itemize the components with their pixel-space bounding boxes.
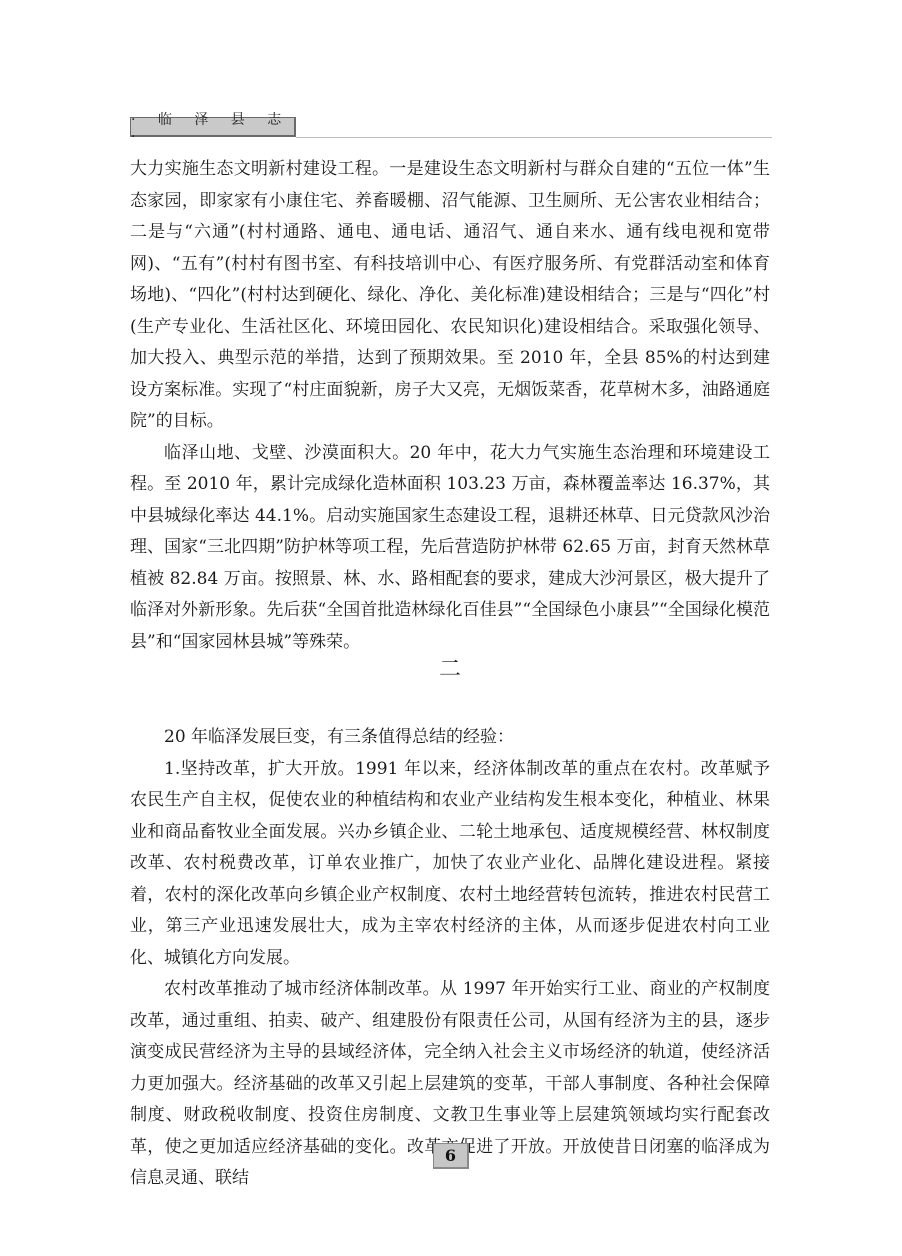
paragraph-greening: 临泽山地、戈壁、沙漠面积大。20 年中，花大力气实施生态治理和环境建设工程。至 … (130, 438, 770, 659)
paragraph-eco-village: 大力实施生态文明新村建设工程。一是建设生态文明新村与群众自建的“五位一体”生态家… (130, 154, 770, 438)
running-head: · 临 泽 县 志 · (130, 117, 770, 139)
header-rule (296, 137, 772, 138)
book-title-box: · 临 泽 县 志 · (130, 117, 296, 137)
paragraph-intro: 20 年临泽发展巨变，有三条值得总结的经验： (130, 722, 770, 754)
section-1-body: 大力实施生态文明新村建设工程。一是建设生态文明新村与群众自建的“五位一体”生态家… (130, 154, 770, 658)
page-number: 6 (433, 1143, 469, 1169)
section-number: 二 (430, 655, 470, 685)
paragraph-reform: 1.坚持改革，扩大开放。1991 年以来，经济体制改革的重点在农村。改革赋予农民… (130, 754, 770, 975)
section-2-body: 20 年临泽发展巨变，有三条值得总结的经验： 1.坚持改革，扩大开放。1991 … (130, 722, 770, 1195)
